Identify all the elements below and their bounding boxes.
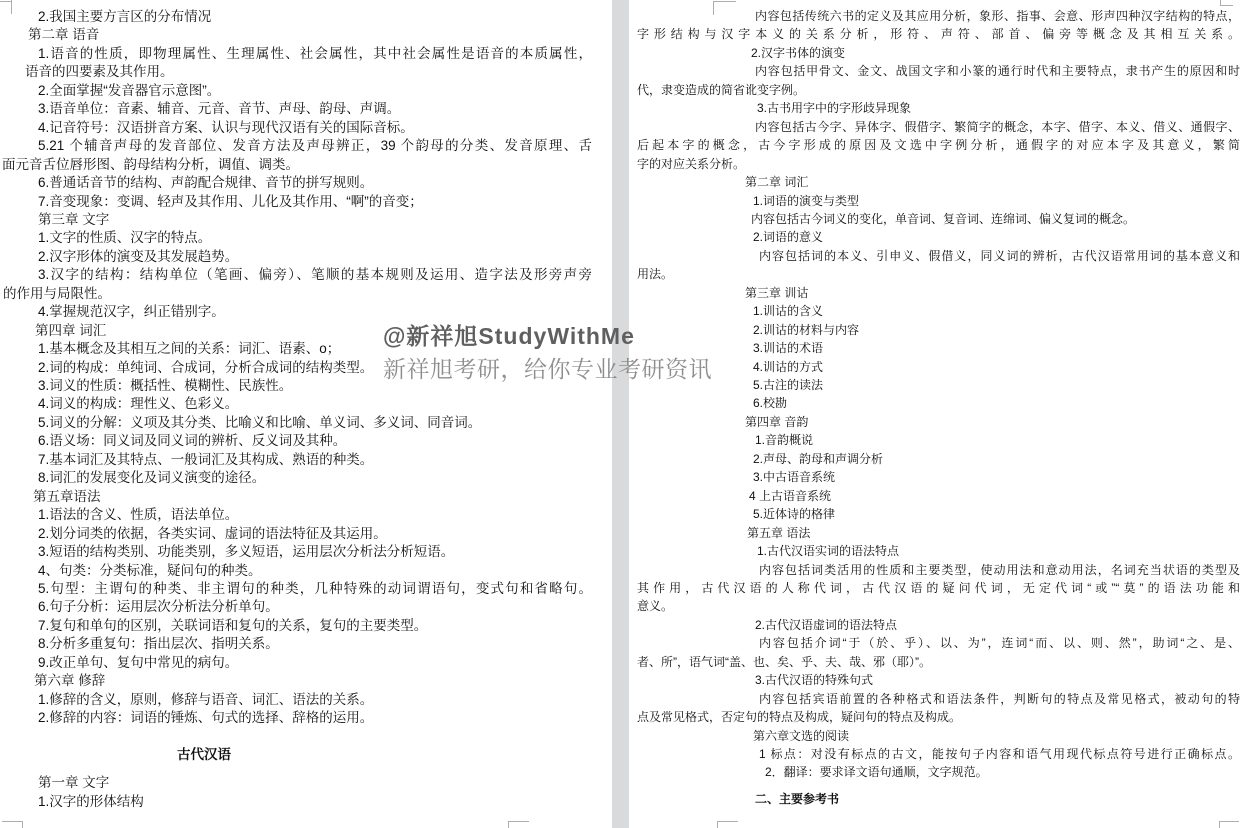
text-line: 内容包括词的本义、引申义、假借义，同义词的辨析，古代汉语常用词的基本意义和	[759, 248, 1240, 265]
text-line: 内容包括宾语前置的各种格式和语法条件，判断句的特点及常见格式，被动句的特	[759, 691, 1240, 708]
text-line: 5.古注的读法	[753, 377, 823, 394]
text-line: 内容包括古今字、异体字、假借字、繁简字的概念，本字、借字、本义、借义、通假字、	[755, 119, 1240, 136]
text-line: 1.音韵概说	[755, 432, 813, 449]
text-line: 内容包括甲骨文、金文、战国文字和小篆的通行时代和主要特点，隶书产生的原因和时	[755, 63, 1240, 80]
text-line: 1.词语的演变与类型	[753, 193, 859, 210]
text-line: 第三章 训诂	[745, 285, 808, 302]
text-line: 后起本字的概念，古今字形成的原因及文选中字例分析，通假字的对应本字及其意义，繁简	[637, 137, 1240, 154]
margin-crop-mark	[717, 821, 718, 828]
text-line: 4 上古语音系统	[749, 488, 831, 505]
text-line: 3.中古语音系统	[753, 469, 835, 486]
margin-crop-mark	[717, 821, 738, 822]
margin-crop-mark	[2, 821, 23, 822]
text-line: 二、主要参考书	[755, 791, 839, 808]
margin-crop-mark	[508, 821, 529, 822]
margin-crop-mark	[11, 0, 12, 14]
text-line: 内容包括传统六书的定义及其应用分析，象形、指事、会意、形声四种汉字结构的特点，	[755, 8, 1240, 25]
margin-crop-mark	[713, 1, 736, 2]
text-line: 2.训诂的材料与内容	[753, 322, 859, 339]
margin-crop-mark	[1219, 821, 1239, 822]
text-line: 4.训诂的方式	[753, 359, 823, 376]
text-line: 3.古代汉语的特殊句式	[755, 672, 873, 689]
text-line: 第四章 音韵	[745, 414, 808, 431]
text-line: 用法。	[637, 266, 673, 283]
text-line: 字的对应关系分析。	[637, 156, 745, 173]
text-line: 2.汉字书体的演变	[751, 45, 845, 62]
text-line: 5.近体诗的格律	[753, 506, 835, 523]
page-gap-divider	[612, 0, 629, 828]
margin-crop-mark	[1220, 5, 1233, 6]
text-line: 代，隶变造成的简省讹变字例。	[637, 82, 805, 99]
text-line: 2.词语的意义	[753, 229, 823, 246]
text-line: 内容包括介词“于（於、乎）、以、为”，连词“而、以、则、然”，助词“之、是、	[759, 635, 1240, 652]
text-line: 3.古书用字中的字形歧异现象	[757, 100, 911, 117]
text-line: 6.校勘	[753, 395, 787, 412]
text-line: 者、所”，语气词“盖、也、矣、乎、夫、哉、邪（耶）”。	[637, 654, 931, 671]
text-line: 1.古代汉语实词的语法特点	[757, 543, 899, 560]
margin-crop-mark	[1220, 0, 1221, 6]
document-canvas: 2.我国主要方言区的分布情况第二章 语音1.语音的性质，即物理属性、生理属性、社…	[0, 0, 1249, 828]
text-line: 字形结构与汉字本义的关系分析，形符、声符、部首、偏旁等概念及其相互关系。	[637, 26, 1240, 43]
text-line: 第六章文选的阅读	[753, 728, 849, 745]
text-line: 意义。	[637, 598, 673, 615]
text-line: 内容包括古今词义的变化，单音词、复音词、连绵词、偏义复词的概念。	[751, 211, 1135, 228]
text-line: 其作用，古代汉语的人称代词，古代汉语的疑问代词，无定代词“或”“莫”的语法功能和	[637, 580, 1240, 597]
text-line: 1.训诂的含义	[753, 303, 823, 320]
text-line: 第二章 词汇	[745, 174, 808, 191]
margin-crop-mark	[22, 821, 23, 828]
text-line: 第五章 语法	[747, 525, 810, 542]
text-line: 2.古代汉语虚词的语法特点	[755, 617, 897, 634]
text-line: 1 标点：对没有标点的古文，能按句子内容和语气用现代标点符号进行正确标点。	[759, 746, 1240, 763]
text-line: 3.训诂的术语	[753, 340, 823, 357]
text-line: 内容包括词类活用的性质和主要类型，使动用法和意动用法，名词充当状语的类型及	[759, 562, 1240, 579]
margin-crop-mark	[1219, 821, 1220, 828]
text-line: 点及常见格式，否定句的特点及构成，疑问句的特点及构成。	[637, 709, 961, 726]
text-line: 2．翻译：要求译文语句通顺，文字规范。	[765, 764, 988, 781]
text-line: 2.声母、韵母和声调分析	[753, 451, 883, 468]
margin-crop-mark	[508, 821, 509, 828]
margin-crop-mark	[713, 1, 714, 15]
